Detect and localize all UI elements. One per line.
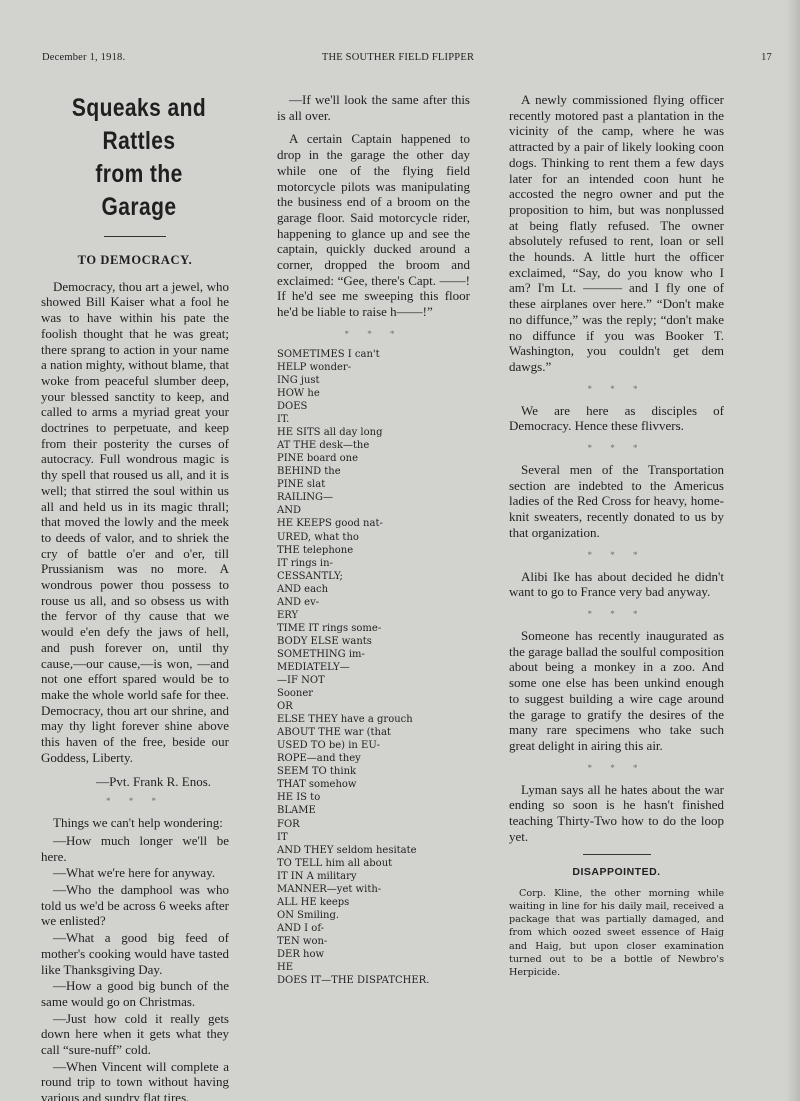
section-separator: * * *: [509, 549, 724, 561]
column-2: —If we'll look the same after this is al…: [277, 92, 470, 987]
poem-line: HE IS to: [277, 791, 470, 804]
poem-line: ERY: [277, 609, 470, 622]
section-separator: * * *: [509, 762, 724, 774]
poem-line: ON Smiling.: [277, 909, 470, 922]
disappointed-heading: DISAPPOINTED.: [509, 865, 724, 881]
section-separator: * * *: [509, 383, 724, 395]
poem-subheading: TO DEMOCRACY.: [41, 253, 229, 269]
poem-line: HE: [277, 961, 470, 974]
poem-line: AND I of-: [277, 922, 470, 935]
poem-line: OR: [277, 700, 470, 713]
poem-line: Sooner: [277, 687, 470, 700]
section-separator: * * *: [509, 608, 724, 620]
column-1: Squeaks and Rattles from the Garage TO D…: [41, 92, 229, 1101]
alibi-paragraph: Alibi Ike has about decided he didn't wa…: [509, 569, 724, 600]
poem-line: AND THEY seldom hesitate: [277, 844, 470, 857]
page-header: December 1, 1918. THE SOUTHER FIELD FLIP…: [42, 52, 772, 68]
title-line-1: Squeaks and Rattles: [55, 92, 223, 158]
wondering-lead: Things we can't help wondering:: [41, 815, 229, 831]
poem-line: MEDIATELY—: [277, 661, 470, 674]
section-separator: * * *: [509, 442, 724, 454]
disciples-paragraph: We are here as disciples of Democracy. H…: [509, 403, 724, 434]
poem-line: PINE slat: [277, 478, 470, 491]
wondering-item: —How a good big bunch of the same would …: [41, 978, 229, 1009]
poem-line: —IF NOT: [277, 674, 470, 687]
poem-line: AND ev-: [277, 596, 470, 609]
poem-line: BEHIND the: [277, 465, 470, 478]
section-separator: * * *: [41, 795, 229, 807]
dispatcher-poem: SOMETIMES I can'tHELP wonder-ING justHOW…: [277, 348, 470, 987]
article-title: Squeaks and Rattles from the Garage: [55, 92, 223, 224]
wondering-item: —Who the damphool was who told us we'd b…: [41, 882, 229, 929]
poem-line: IT IN A military: [277, 870, 470, 883]
poem-line: USED TO be) in EU-: [277, 739, 470, 752]
poem-line: HE SITS all day long: [277, 426, 470, 439]
publication-name: THE SOUTHER FIELD FLIPPER: [42, 52, 772, 63]
poem-line: URED, what tho: [277, 531, 470, 544]
poem-line: AND each: [277, 583, 470, 596]
page-edge-shadow: [786, 0, 800, 1101]
wondering-item: —When Vincent will complete a round trip…: [41, 1059, 229, 1101]
poem-line: HOW he: [277, 387, 470, 400]
poem-line: ING just: [277, 374, 470, 387]
poem-line: HELP wonder-: [277, 361, 470, 374]
title-line-2: from the Garage: [55, 158, 223, 224]
title-rule: [104, 236, 166, 237]
wondering-item: —What we're here for anyway.: [41, 865, 229, 881]
poem-line: ELSE THEY have a grouch: [277, 713, 470, 726]
poem-line: HE KEEPS good nat-: [277, 517, 470, 530]
captain-paragraph: A certain Captain happened to drop in th…: [277, 131, 470, 319]
wondering-item: —Just how cold it really gets down here …: [41, 1011, 229, 1058]
poem-line: SEEM TO think: [277, 765, 470, 778]
page-number: 17: [761, 52, 772, 63]
poem-line: CESSANTLY;: [277, 570, 470, 583]
poem-line: MANNER—yet with-: [277, 883, 470, 896]
poem-line: SOMETIMES I can't: [277, 348, 470, 361]
section-separator: * * *: [277, 328, 470, 340]
wondering-item: —What a good big feed of mother's cookin…: [41, 930, 229, 977]
column-3: A newly commissioned flying officer rece…: [509, 92, 724, 979]
poem-line: DER how: [277, 948, 470, 961]
transportation-paragraph: Several men of the Transportation sectio…: [509, 462, 724, 541]
poem-line: IT.: [277, 413, 470, 426]
continued-wondering-item: —If we'll look the same after this is al…: [277, 92, 470, 123]
disappointed-paragraph: Corp. Kline, the other morning while wai…: [509, 887, 724, 979]
author-signature: —Pvt. Frank R. Enos.: [41, 774, 229, 790]
poem-line: FOR: [277, 818, 470, 831]
poem-line: RAILING—: [277, 491, 470, 504]
poem-line: AND: [277, 504, 470, 517]
wondering-list: —How much longer we'll be here.—What we'…: [41, 833, 229, 1101]
poem-line: AT THE desk—the: [277, 439, 470, 452]
poem-line: IT: [277, 831, 470, 844]
poem-line: TIME IT rings some-: [277, 622, 470, 635]
poem-line: ROPE—and they: [277, 752, 470, 765]
section-rule: [583, 854, 651, 855]
poem-line: IT rings in-: [277, 557, 470, 570]
poem-line: THAT somehow: [277, 778, 470, 791]
poem-line: DOES IT—THE DISPATCHER.: [277, 974, 470, 987]
poem-line: TEN won-: [277, 935, 470, 948]
poem-line: DOES: [277, 400, 470, 413]
officer-paragraph: A newly commissioned flying officer rece…: [509, 92, 724, 375]
poem-line: TO TELL him all about: [277, 857, 470, 870]
poem-line: BLAME: [277, 804, 470, 817]
wondering-item: —How much longer we'll be here.: [41, 833, 229, 864]
poem-line: ABOUT THE war (that: [277, 726, 470, 739]
poem-line: THE telephone: [277, 544, 470, 557]
ballad-paragraph: Someone has recently inaugurated as the …: [509, 628, 724, 754]
poem-line: PINE board one: [277, 452, 470, 465]
poem-line: BODY ELSE wants: [277, 635, 470, 648]
poem-line: ALL HE keeps: [277, 896, 470, 909]
democracy-paragraph: Democracy, thou art a jewel, who showed …: [41, 279, 229, 766]
lyman-paragraph: Lyman says all he hates about the war en…: [509, 782, 724, 845]
poem-line: SOMETHING im-: [277, 648, 470, 661]
